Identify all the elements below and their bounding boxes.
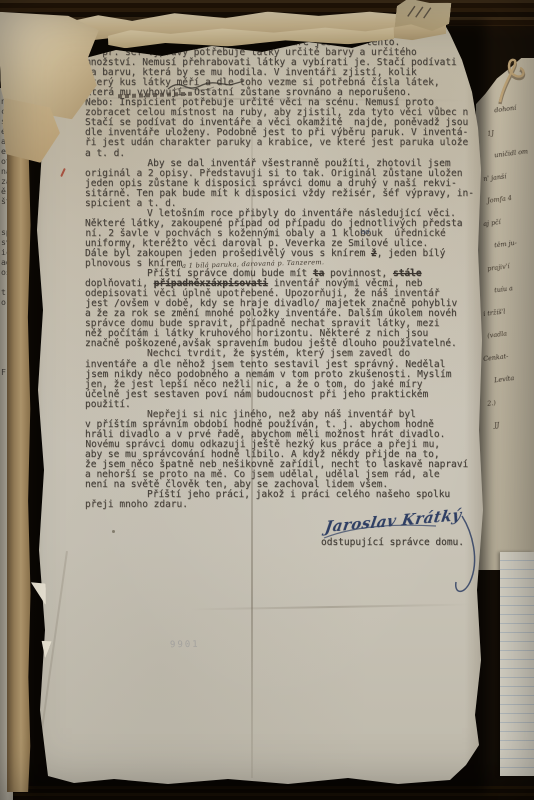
handwritten-insertion-od: od <box>361 228 370 236</box>
typed-letter-page: Praktický význam inventáře jest asi tent… <box>20 10 488 792</box>
handwritten-scribble: 1J <box>487 124 534 136</box>
handwritten-scribble: (vadla <box>487 326 534 338</box>
handwritten-scribble: Jomfa 4 <box>487 191 534 203</box>
handwritten-scribble: JJ <box>494 417 534 428</box>
typed-line: účelně jest sestaven poví nám budoucnost… <box>85 390 488 400</box>
pencil-tally-marks <box>403 2 441 24</box>
typed-line: ři jest udán charakter paruky a krabice,… <box>85 138 488 148</box>
handwritten-scribble: těm ju- <box>494 237 534 248</box>
handwritten-scribble: Cenkat- <box>483 348 534 361</box>
handwritten-scribble: aj pčí <box>483 213 534 226</box>
typed-line: jsem nikdy něco podobného a nemám v tom … <box>85 370 488 380</box>
typed-line: Novému správci domu odkazuji ještě hezký… <box>85 440 488 450</box>
handwritten-scribble: tuíu a <box>494 282 534 293</box>
handwritten-scribble: Levíta <box>494 372 534 383</box>
typed-line: Aby se dal inventář všestranně použíti, … <box>85 159 488 169</box>
photo-of-typed-document: nýciskéavežotnazaěštspsvicadost,orF doho… <box>0 0 534 800</box>
handwritten-scribble: uničidl om <box>494 147 534 158</box>
typed-line: jest /ovšem v době, kdy se hraje divadlo… <box>85 299 488 309</box>
ink-bleed-ghost-number: 9901 <box>170 640 200 651</box>
signature-flourish <box>300 502 496 606</box>
handwritten-scribble: prajiv'í <box>487 259 534 271</box>
paper-speck <box>112 530 115 533</box>
handwritten-scribble: i tržíš'l <box>483 303 534 316</box>
binding-thread-icon <box>486 54 532 110</box>
underlying-lined-page <box>500 552 534 776</box>
typed-line: ní. 2 šavle v pochvách s kožennými obaly… <box>85 229 488 239</box>
handwritten-scribble: n' janší <box>483 168 534 181</box>
signature-typed-role: odstupující správce domu. <box>321 537 464 548</box>
handwritten-scribble: 2.) <box>487 394 534 406</box>
